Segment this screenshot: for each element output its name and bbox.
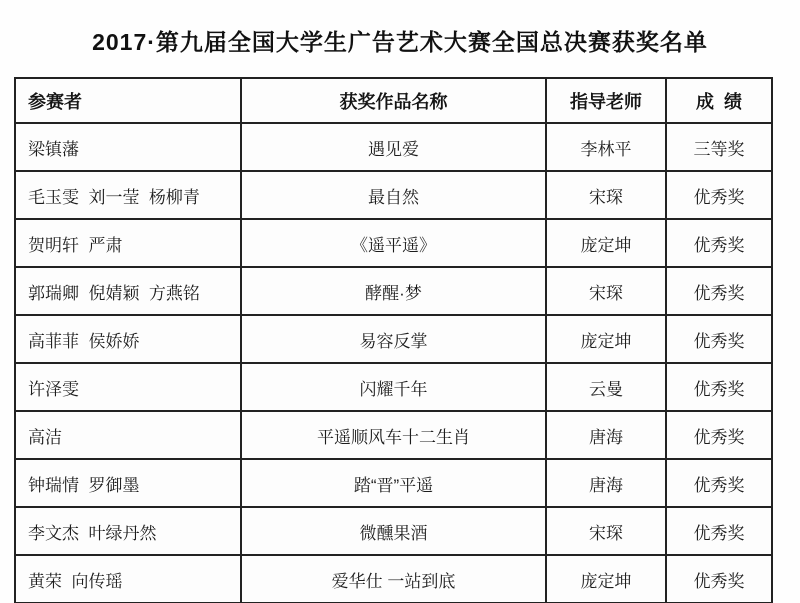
header-grade: 成 绩 xyxy=(666,78,772,123)
cell-grade: 优秀奖 xyxy=(666,507,772,555)
cell-participants: 钟瑞情 罗御墨 xyxy=(15,459,241,507)
cell-participants: 毛玉雯 刘一莹 杨柳青 xyxy=(15,171,241,219)
cell-teacher: 唐海 xyxy=(546,459,666,507)
cell-participants: 郭瑞卿 倪婧颖 方燕铭 xyxy=(15,267,241,315)
award-table: 参赛者 获奖作品名称 指导老师 成 绩 梁镇藩 遇见爱 李林平 三等奖 毛玉雯 … xyxy=(14,77,773,603)
header-teacher: 指导老师 xyxy=(546,78,666,123)
cell-participants: 贺明轩 严肃 xyxy=(15,219,241,267)
table-row: 高洁 平遥顺风车十二生肖 唐海 优秀奖 xyxy=(15,411,772,459)
cell-participants: 高菲菲 侯娇娇 xyxy=(15,315,241,363)
cell-grade: 优秀奖 xyxy=(666,219,772,267)
cell-grade: 优秀奖 xyxy=(666,267,772,315)
page-title: 2017·第九届全国大学生广告艺术大赛全国总决赛获奖名单 xyxy=(0,0,800,57)
cell-grade: 三等奖 xyxy=(666,123,772,171)
cell-participants: 李文杰 叶绿丹然 xyxy=(15,507,241,555)
table-row: 许泽雯 闪耀千年 云曼 优秀奖 xyxy=(15,363,772,411)
table-row: 郭瑞卿 倪婧颖 方燕铭 酵醒·梦 宋琛 优秀奖 xyxy=(15,267,772,315)
cell-participants: 黄荣 向传瑶 xyxy=(15,555,241,603)
table-row: 梁镇藩 遇见爱 李林平 三等奖 xyxy=(15,123,772,171)
cell-teacher: 庞定坤 xyxy=(546,555,666,603)
cell-grade: 优秀奖 xyxy=(666,315,772,363)
cell-work: 易容反掌 xyxy=(241,315,546,363)
cell-teacher: 宋琛 xyxy=(546,171,666,219)
cell-grade: 优秀奖 xyxy=(666,171,772,219)
header-row: 参赛者 获奖作品名称 指导老师 成 绩 xyxy=(15,78,772,123)
cell-teacher: 宋琛 xyxy=(546,507,666,555)
cell-grade: 优秀奖 xyxy=(666,555,772,603)
cell-teacher: 唐海 xyxy=(546,411,666,459)
cell-work: 《遥平遥》 xyxy=(241,219,546,267)
cell-grade: 优秀奖 xyxy=(666,363,772,411)
cell-work: 踏“晋”平遥 xyxy=(241,459,546,507)
header-work: 获奖作品名称 xyxy=(241,78,546,123)
cell-work: 酵醒·梦 xyxy=(241,267,546,315)
cell-work: 最自然 xyxy=(241,171,546,219)
cell-work: 平遥顺风车十二生肖 xyxy=(241,411,546,459)
cell-grade: 优秀奖 xyxy=(666,459,772,507)
cell-teacher: 李林平 xyxy=(546,123,666,171)
table-row: 李文杰 叶绿丹然 微醺果酒 宋琛 优秀奖 xyxy=(15,507,772,555)
cell-work: 遇见爱 xyxy=(241,123,546,171)
table-row: 钟瑞情 罗御墨 踏“晋”平遥 唐海 优秀奖 xyxy=(15,459,772,507)
cell-work: 闪耀千年 xyxy=(241,363,546,411)
header-participants: 参赛者 xyxy=(15,78,241,123)
cell-teacher: 宋琛 xyxy=(546,267,666,315)
cell-participants: 梁镇藩 xyxy=(15,123,241,171)
document-page: 2017·第九届全国大学生广告艺术大赛全国总决赛获奖名单 参赛者 获奖作品名称 … xyxy=(0,0,800,603)
table-row: 贺明轩 严肃 《遥平遥》 庞定坤 优秀奖 xyxy=(15,219,772,267)
cell-work: 爱华仕 一站到底 xyxy=(241,555,546,603)
cell-participants: 许泽雯 xyxy=(15,363,241,411)
cell-grade: 优秀奖 xyxy=(666,411,772,459)
cell-participants: 高洁 xyxy=(15,411,241,459)
table-body: 梁镇藩 遇见爱 李林平 三等奖 毛玉雯 刘一莹 杨柳青 最自然 宋琛 优秀奖 贺… xyxy=(15,123,772,603)
cell-work: 微醺果酒 xyxy=(241,507,546,555)
table-header: 参赛者 获奖作品名称 指导老师 成 绩 xyxy=(15,78,772,123)
table-row: 高菲菲 侯娇娇 易容反掌 庞定坤 优秀奖 xyxy=(15,315,772,363)
table-row: 毛玉雯 刘一莹 杨柳青 最自然 宋琛 优秀奖 xyxy=(15,171,772,219)
cell-teacher: 云曼 xyxy=(546,363,666,411)
cell-teacher: 庞定坤 xyxy=(546,315,666,363)
table-row: 黄荣 向传瑶 爱华仕 一站到底 庞定坤 优秀奖 xyxy=(15,555,772,603)
cell-teacher: 庞定坤 xyxy=(546,219,666,267)
